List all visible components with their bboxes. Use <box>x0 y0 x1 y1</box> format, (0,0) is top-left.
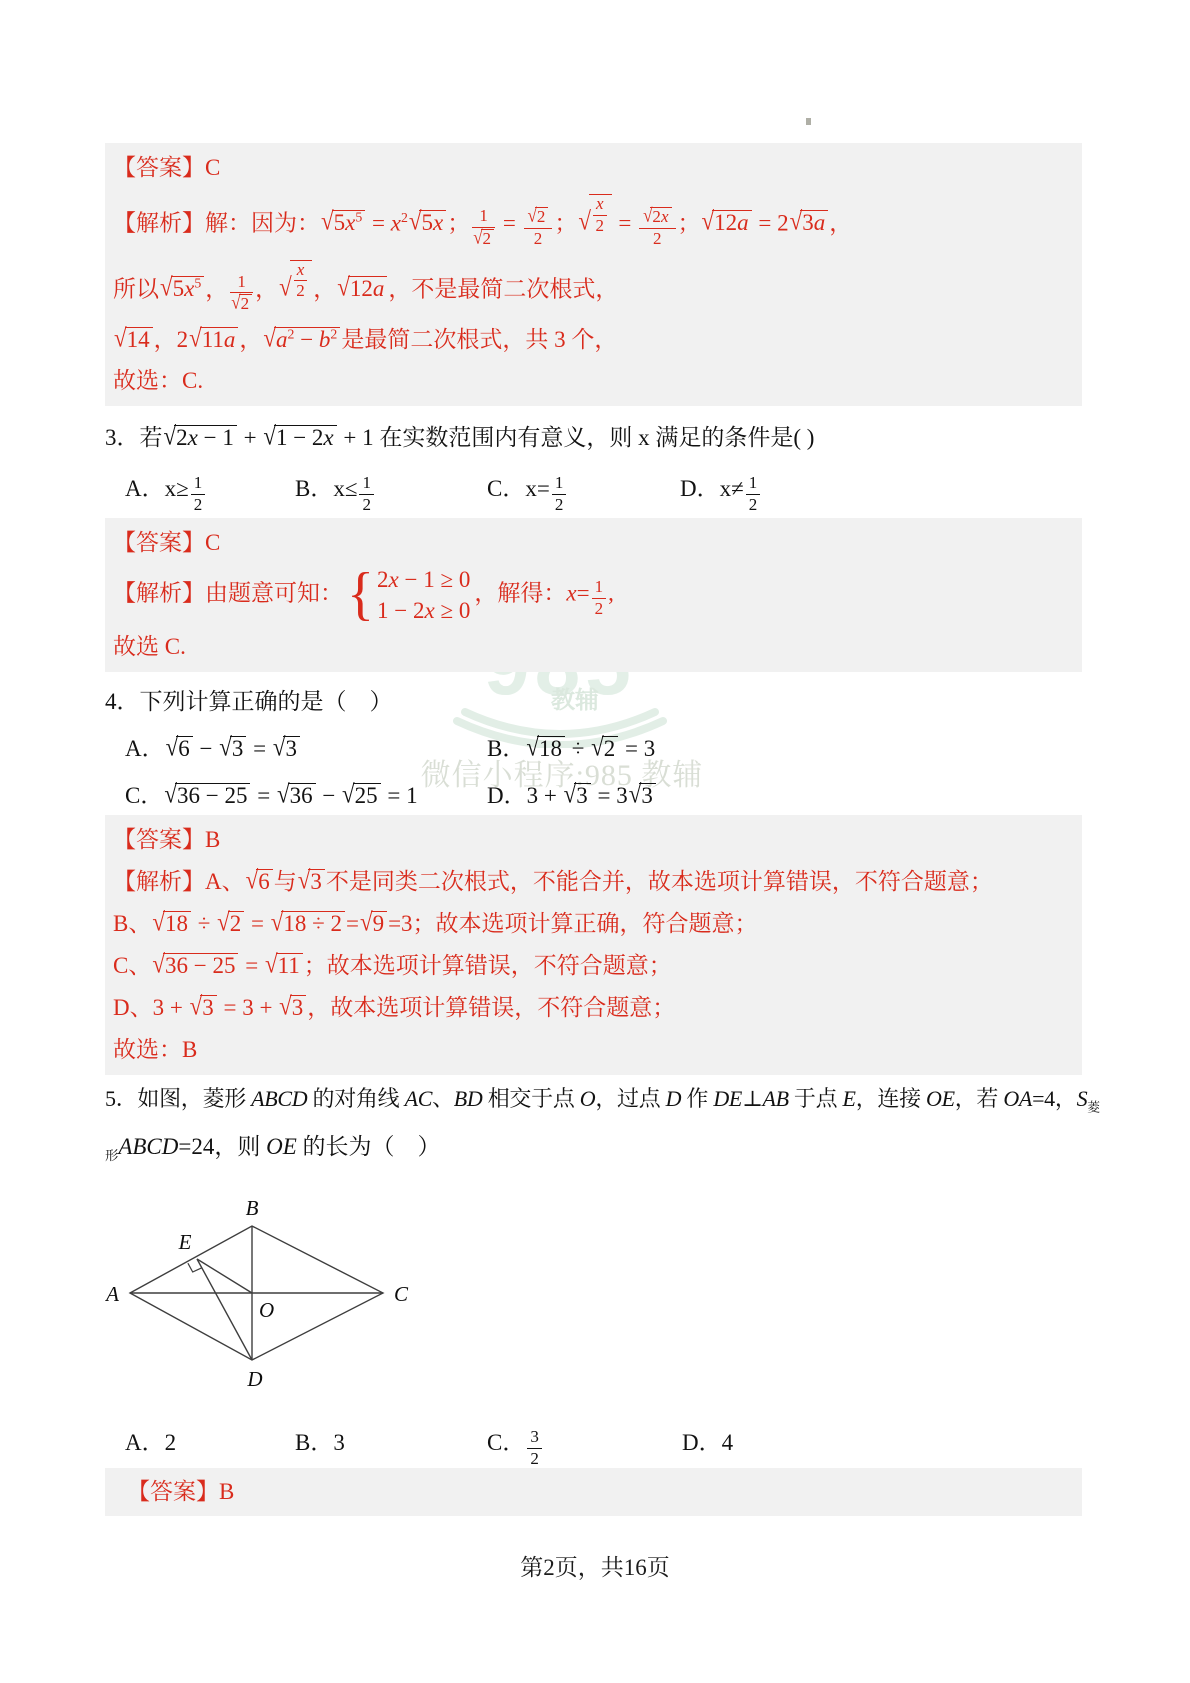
q2-conclusion-line: 故选：C. <box>113 366 1074 396</box>
q2-analysis-line-3: √14，2√11a，√a2 − b2是最简二次根式，共 3 个， <box>113 325 1074 355</box>
q3-option-b: B．x≤12 <box>295 470 376 514</box>
page-speck <box>806 118 811 125</box>
q5-answer-line: 【答案】B <box>127 1477 1074 1507</box>
vertex-label-b: B <box>246 1196 259 1220</box>
q3-answer-analysis-block: 【答案】C 【解析】由题意可知：{2x − 1 ≥ 01 − 2x ≥ 0，解得… <box>105 518 1082 672</box>
q5-option-b: B．3 <box>295 1424 345 1457</box>
q2-analysis-line-2: 所以√5x5，1√2，√x2，√12a，不是最简二次根式， <box>113 260 1074 315</box>
question-4-options: A．√6 − √3 = √3 B．√18 ÷ √2 = 3 C．√36 − 25… <box>105 730 1105 825</box>
question-3-options: A．x≥12 B．x≤12 C．x=12 D．x≠12 <box>105 470 1105 520</box>
q5-option-d: D．4 <box>682 1424 733 1457</box>
foot-label-e: E <box>178 1230 192 1254</box>
q5-option-c: C．32 <box>487 1424 544 1468</box>
question-3-stem: 3．若√2x − 1 + √1 − 2x + 1 在实数范围内有意义，则 x 满… <box>105 419 1165 452</box>
question-5-stem-line-1: 5．如图，菱形 ABCD 的对角线 AC、BD 相交于点 O，过点 D 作 DE… <box>105 1082 1165 1113</box>
q4-conclusion-line: 故选：B <box>113 1035 1074 1065</box>
q4-option-c: C．√36 − 25 = √36 − √25 = 1 <box>125 777 418 810</box>
q3-answer-line: 【答案】C <box>113 528 1074 558</box>
q2-answer-line: 【答案】C <box>113 153 1074 183</box>
q4-option-a: A．√6 − √3 = √3 <box>125 730 301 763</box>
q4-analysis-line-a: 【解析】A、√6与√3不是同类二次根式，不能合并，故本选项计算错误，不符合题意； <box>113 867 1074 897</box>
vertex-label-a: A <box>105 1282 119 1306</box>
q3-option-c: C．x=12 <box>487 470 568 514</box>
segment-oe <box>197 1259 252 1293</box>
q4-analysis-line-c: C、√36 − 25 = √11；故本选项计算错误，不符合题意； <box>113 951 1074 981</box>
q3-analysis-line: 【解析】由题意可知：{2x − 1 ≥ 01 − 2x ≥ 0，解得：x=12, <box>113 566 1074 624</box>
vertex-label-d: D <box>246 1367 262 1391</box>
q5-answer-block: 【答案】B <box>105 1468 1082 1516</box>
question-5-stem-line-2: 形ABCD=24，则 OE 的长为（ ） <box>105 1128 1165 1161</box>
question-4-stem: 4．下列计算正确的是（ ） <box>105 683 1165 716</box>
document-page: 985 教辅 微信小程序:985 教辅 【答案】C 【解析】解：因为：√5x5 … <box>0 0 1190 1683</box>
question-5-options: A．2 B．3 C．32 D．4 <box>105 1424 1105 1474</box>
q2-answer-analysis-block: 【答案】C 【解析】解：因为：√5x5 = x2√5x；1√2 = √22；√x… <box>105 143 1082 406</box>
center-label-o: O <box>259 1298 274 1322</box>
rhombus-figure: A B C D O E <box>105 1193 420 1403</box>
page-footer: 第2页，共16页 <box>0 1549 1190 1582</box>
q5-option-a: A．2 <box>125 1424 176 1457</box>
q2-analysis-line-1: 【解析】解：因为：√5x5 = x2√5x；1√2 = √22；√x2 = √2… <box>113 194 1074 249</box>
q4-option-b: B．√18 ÷ √2 = 3 <box>487 730 655 763</box>
q3-option-d: D．x≠12 <box>680 470 762 514</box>
q4-analysis-line-b: B、√18 ÷ √2 = √18 ÷ 2=√9=3；故本选项计算正确，符合题意； <box>113 909 1074 939</box>
q3-conclusion-line: 故选 C. <box>113 632 1074 662</box>
q4-answer-line: 【答案】B <box>113 825 1074 855</box>
q4-analysis-line-d: D、3 + √3 = 3 + √3，故本选项计算错误，不符合题意； <box>113 993 1074 1023</box>
q3-option-a: A．x≥12 <box>125 470 207 514</box>
q4-answer-analysis-block: 【答案】B 【解析】A、√6与√3不是同类二次根式，不能合并，故本选项计算错误，… <box>105 815 1082 1075</box>
q4-option-d: D．3 + √3 = 3√3 <box>487 777 657 810</box>
vertex-label-c: C <box>394 1282 409 1306</box>
